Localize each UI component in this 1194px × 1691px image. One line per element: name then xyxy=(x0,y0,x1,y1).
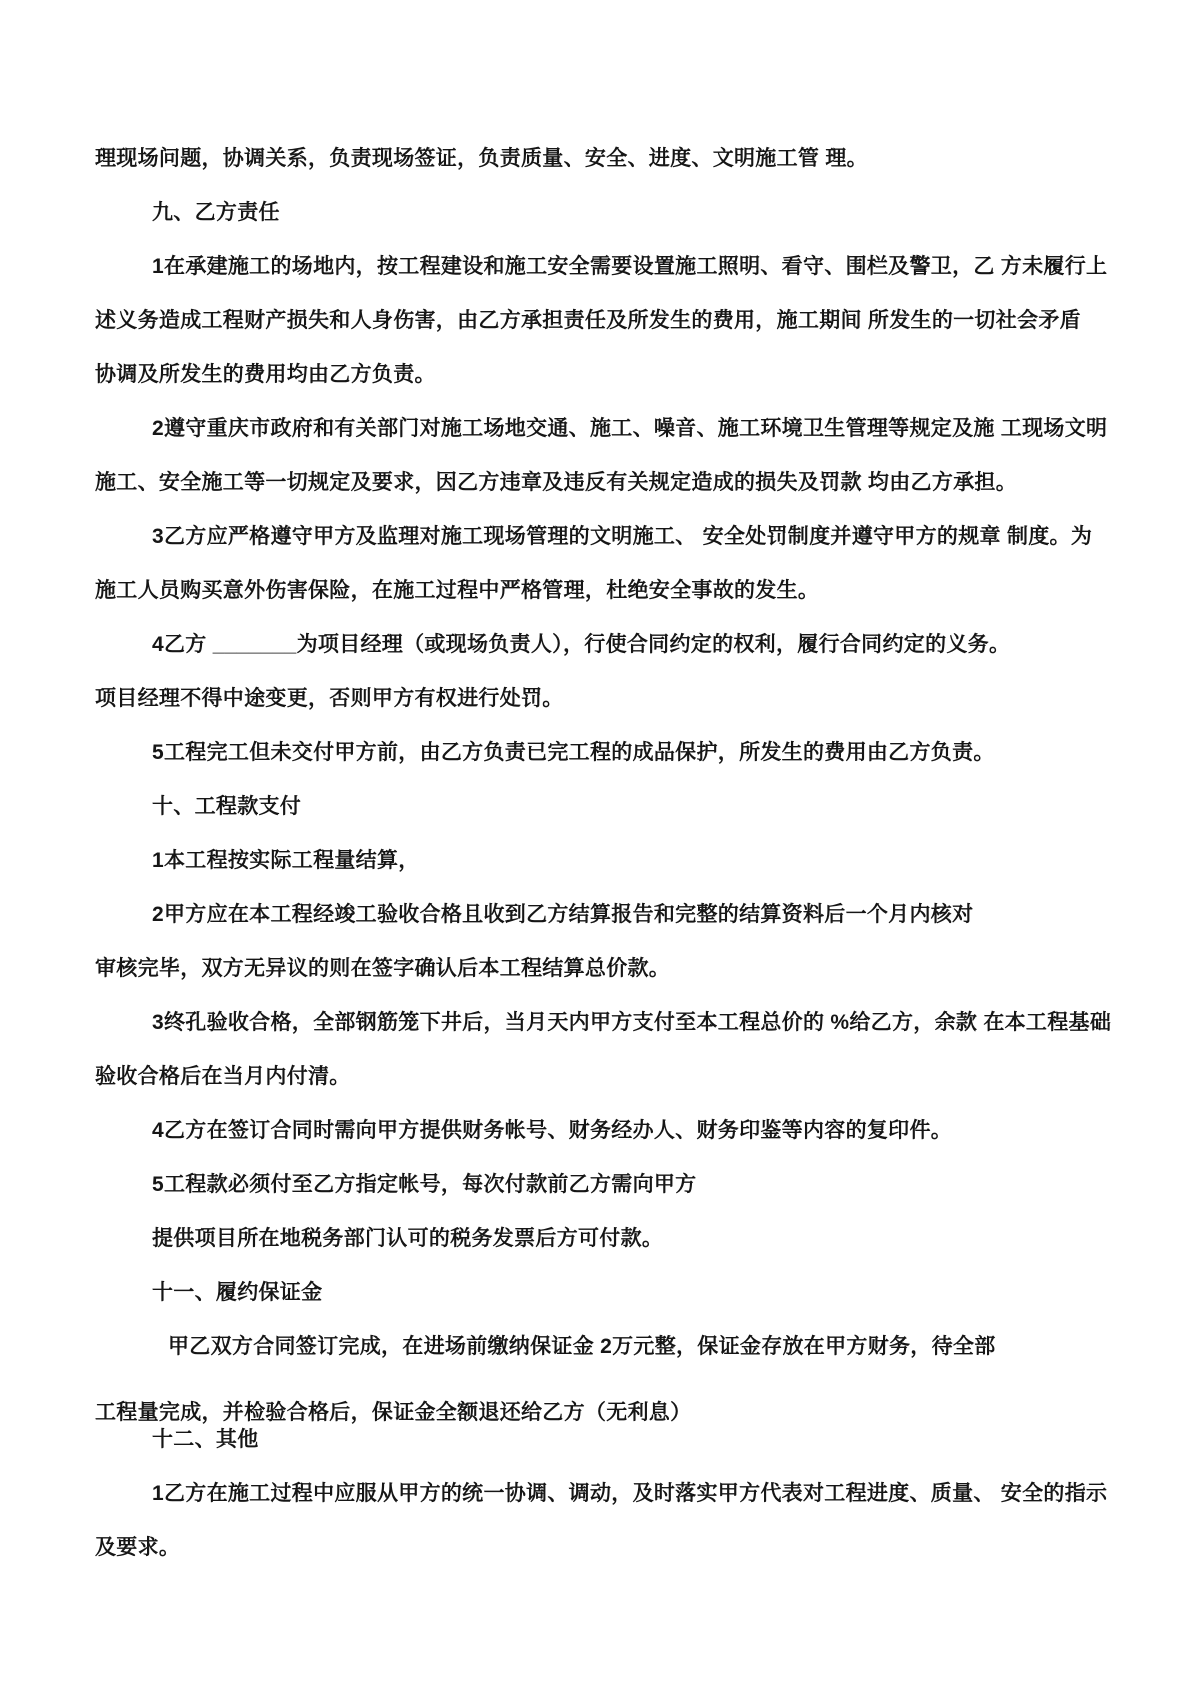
paragraph-line: 甲乙双方合同签订完成，在进场前缴纳保证金 2万元整，保证金存放在甲方财务，待全部 xyxy=(95,1320,1106,1374)
paragraph-line: 提供项目所在地税务部门认可的税务发票后方可付款。 xyxy=(95,1212,1106,1266)
document-page: 理现场问题，协调关系，负责现场签证，负责质量、安全、进度、文明施工管 理。 九、… xyxy=(0,0,1194,1691)
paragraph-line: 2遵守重庆市政府和有关部门对施工场地交通、施工、噪音、施工环境卫生管理等规定及施… xyxy=(95,402,1106,456)
paragraph-with-blank: 4乙方 _______为项目经理（或现场负责人），行使合同约定的权利，履行合同约… xyxy=(95,618,1106,672)
paragraph-line: 2甲方应在本工程经竣工验收合格且收到乙方结算报告和完整的结算资料后一个月内核对 xyxy=(95,888,1106,942)
paragraph-line: 3终孔验收合格，全部钢筋笼下井后，当月天内甲方支付至本工程总价的 %给乙方，余款… xyxy=(95,996,1106,1050)
paragraph-line: 施工、安全施工等一切规定及要求，因乙方违章及违反有关规定造成的损失及罚款 均由乙… xyxy=(95,456,1106,510)
paragraph-line: 施工人员购买意外伤害保险，在施工过程中严格管理，杜绝安全事故的发生。 xyxy=(95,564,1106,618)
paragraph-line: 1乙方在施工过程中应服从甲方的统一协调、调动，及时落实甲方代表对工程进度、质量、… xyxy=(95,1467,1106,1521)
paragraph-line: 验收合格后在当月内付清。 xyxy=(95,1050,1106,1104)
paragraph-line: 4乙方在签订合同时需向甲方提供财务帐号、财务经办人、财务印鉴等内容的复印件。 xyxy=(95,1104,1106,1158)
section-heading: 十一、履约保证金 xyxy=(95,1266,1106,1320)
section-heading: 十、工程款支付 xyxy=(95,780,1106,834)
paragraph-line: 3乙方应严格遵守甲方及监理对施工现场管理的文明施工、 安全处罚制度并遵守甲方的规… xyxy=(95,510,1106,564)
paragraph-line: 5工程款必须付至乙方指定帐号，每次付款前乙方需向甲方 xyxy=(95,1158,1106,1212)
paragraph-line: 1本工程按实际工程量结算， xyxy=(95,834,1106,888)
paragraph-line: 及要求。 xyxy=(95,1521,1106,1575)
paragraph-line: 5工程完工但未交付甲方前，由乙方负责已完工程的成品保护，所发生的费用由乙方负责。 xyxy=(95,726,1106,780)
paragraph-line: 述义务造成工程财产损失和人身伤害，由乙方承担责任及所发生的费用，施工期间 所发生… xyxy=(95,294,1106,348)
section-heading: 九、乙方责任 xyxy=(95,186,1106,240)
paragraph-line: 审核完毕，双方无异议的则在签字确认后本工程结算总价款。 xyxy=(95,942,1106,996)
paragraph-line: 理现场问题，协调关系，负责现场签证，负责质量、安全、进度、文明施工管 理。 xyxy=(95,132,1106,186)
paragraph-line: 协调及所发生的费用均由乙方负责。 xyxy=(95,348,1106,402)
paragraph-line: 1在承建施工的场地内，按工程建设和施工安全需要设置施工照明、看守、围栏及警卫，乙… xyxy=(95,240,1106,294)
paragraph-line: 项目经理不得中途变更，否则甲方有权进行处罚。 xyxy=(95,672,1106,726)
